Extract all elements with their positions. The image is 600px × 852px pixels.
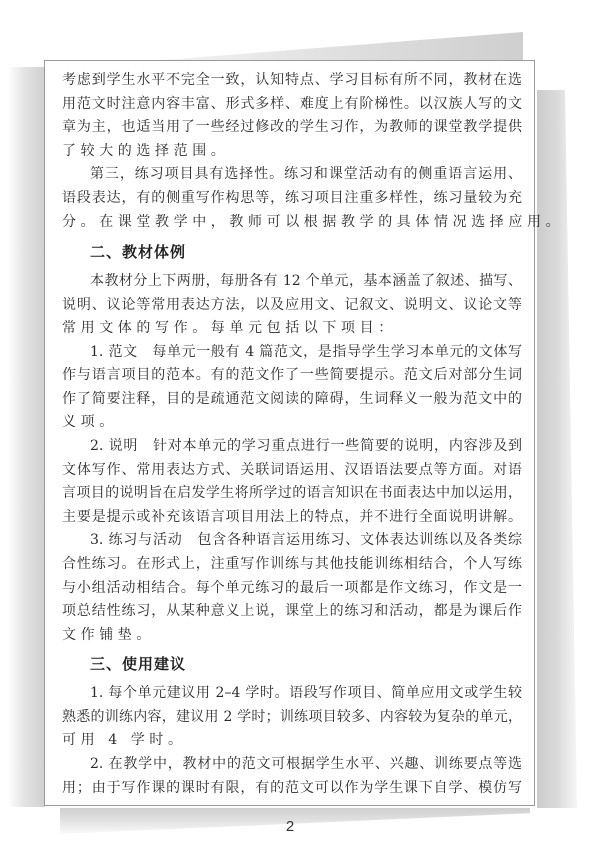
text-line: 本教材分上下两册，每册各有 12 个单元，基本涵盖了叙述、描写、 (90, 270, 522, 292)
text-line: 考虑到学生水平不完全一致，认知特点、学习目标有所不同，教材在选 (62, 69, 522, 91)
section-heading: 二、教材体例 (90, 240, 186, 264)
page-shadow-left (8, 67, 45, 807)
text-line: 文作铺垫。 (62, 624, 522, 646)
text-line: 1. 范文 每单元一般有 4 篇范文，是指导学生学习本单元的文体写 (90, 341, 522, 363)
page-number: 2 (280, 818, 300, 835)
text-line: 2. 说明 针对本单元的学习重点进行一些简要的说明，内容涉及到 (90, 435, 522, 457)
text-line: 1. 每个单元建议用 2–4 学时。语段写作项目、简单应用文或学生较 (90, 682, 522, 704)
text-line: 项总结性练习，从某种意义上说，课堂上的练习和活动，都是为课后作 (62, 600, 522, 622)
text-line: 用；由于写作课的课时有限，有的范文可以作为学生课下自学、模仿写 (62, 777, 522, 799)
text-line: 作了简要注释，目的是疏通范文阅读的障碍，生词释义一般为范文中的 (62, 388, 522, 410)
text-line: 语段表达，有的侧重写作构思等，练习项目注重多样性，练习量较为充 (62, 187, 522, 209)
text-line: 文体写作、常用表达方式、关联词语运用、汉语语法要点等方面。对语 (62, 459, 522, 481)
page-shadow-top (150, 32, 523, 61)
text-line: 章为主，也适当用了一些经过修改的学生习作，为教师的课堂教学提供 (62, 116, 522, 138)
text-line: 常用文体的写作。每单元包括以下项目： (62, 317, 522, 339)
text-line: 合性练习。在形式上，注重写作训练与其他技能训练相结合，个人写练 (62, 553, 522, 575)
text-line: 3. 练习与活动 包含各种语言运用练习、文体表达训练以及各类综 (90, 529, 522, 551)
text-line: 言项目的说明旨在启发学生将所学过的语言知识在书面表达中加以运用， (62, 482, 522, 504)
text-line: 熟悉的训练内容，建议用 2 学时；训练项目较多、内容较为复杂的单元， (62, 706, 522, 728)
text-line: 第三，练习项目具有选择性。练习和课堂活动有的侧重语言运用、 (90, 163, 522, 185)
text-line: 2. 在教学中，教材中的范文可根据学生水平、兴趣、训练要点等选 (90, 753, 522, 775)
text-line: 与小组活动相结合。每个单元练习的最后一项都是作文练习，作文是一 (62, 577, 522, 599)
text-line: 可用 4 学时。 (62, 729, 522, 751)
text-line: 用范文时注意内容丰富、形式多样、难度上有阶梯性。以汉族人写的文 (62, 93, 522, 115)
text-line: 作与语言项目的范本。有的范文作了一些简要提示。范文后对部分生词 (62, 364, 522, 386)
text-line: 义项。 (62, 411, 522, 433)
text-line: 主要是提示或补充该语言项目用法上的特点，并不进行全面说明讲解。 (62, 506, 522, 528)
text-line: 了较大的选择范围。 (62, 140, 522, 162)
section-heading: 三、使用建议 (90, 652, 186, 676)
text-line: 说明、议论等常用表达方法，以及应用文、记叙文、说明文、议论文等 (62, 294, 522, 316)
page-shadow-right (537, 90, 577, 808)
text-line: 分。在课堂教学中，教师可以根据教学的具体情况选择应用。 (62, 211, 522, 233)
